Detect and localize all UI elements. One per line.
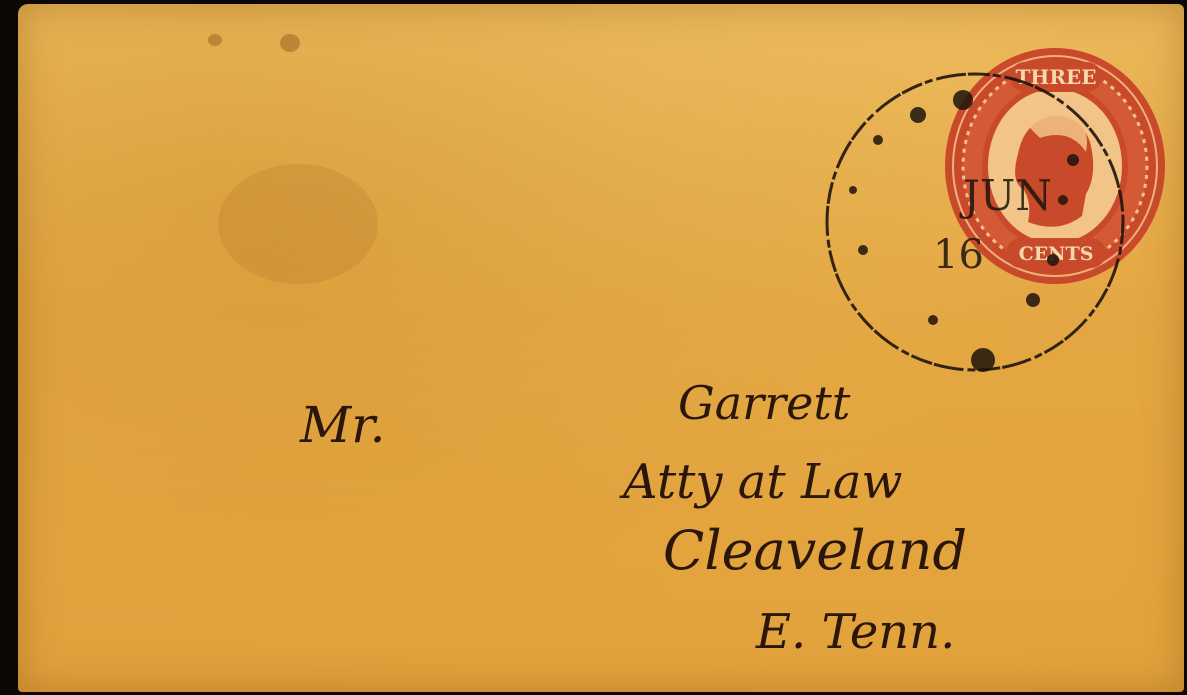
stain [208, 34, 222, 46]
envelope: THREE CENTS JUN 16 Mr. Garrett Atty at L… [18, 4, 1184, 692]
stain [280, 34, 300, 52]
address-state: E. Tenn. [756, 604, 955, 660]
postmark-day: 16 [933, 232, 984, 278]
address-name: Garrett [678, 376, 850, 430]
postmark: JUN 16 [823, 70, 1128, 375]
address-salutation: Mr. [300, 396, 386, 454]
stain [218, 164, 378, 284]
address-city: Cleaveland [663, 519, 967, 582]
postmark-month: JUN [959, 171, 1052, 220]
address-title: Atty at Law [623, 454, 903, 510]
